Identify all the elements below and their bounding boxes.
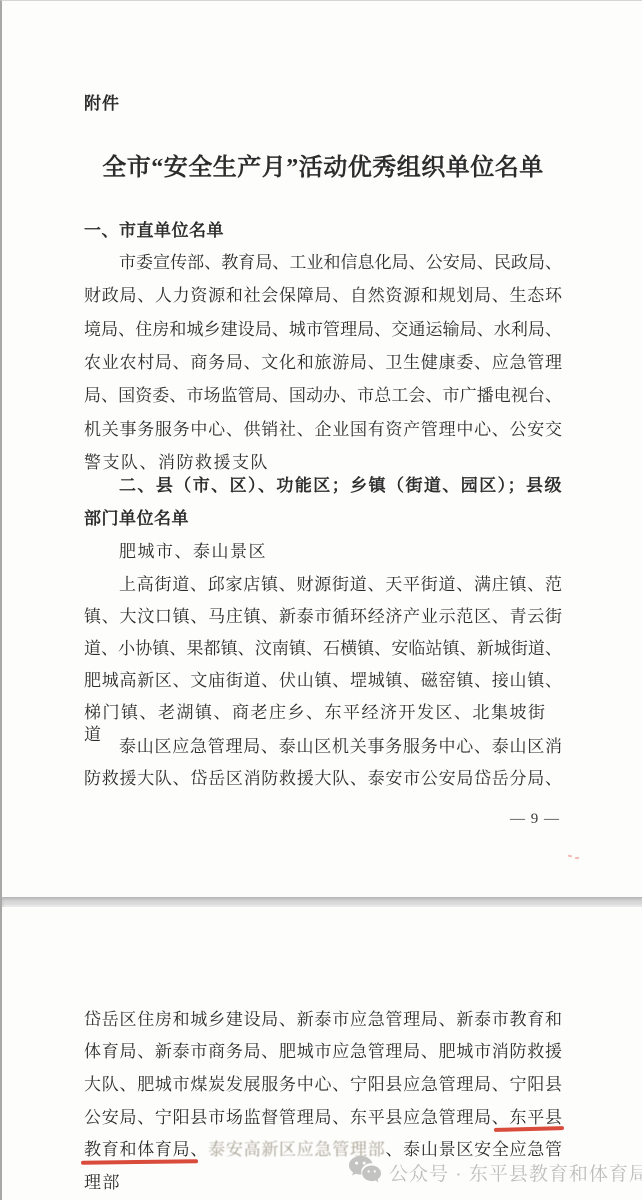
text-line: 局、国资委、市场监管局、国动办、市总工会、市广播电视台、 (84, 385, 562, 407)
wechat-watermark: 公众号 · 东平县教育和体育局 (348, 1155, 642, 1189)
document-scan: 附件 全市“安全生产月”活动优秀组织单位名单 一、市直单位名单 市委宣传部、教育… (0, 0, 642, 1200)
text-line: 肥城高新区、文庙街道、伏山镇、堽城镇、磁窑镇、接山镇、 (84, 670, 562, 692)
wechat-icon (348, 1155, 382, 1189)
text-line: 防救援大队、岱岳区消防救援大队、泰安市公安局岱岳分局、 (84, 768, 562, 790)
text-line: 财政局、人力资源和社会保障局、自然资源和规划局、生态环 (84, 285, 562, 307)
text-line: 境局、住房和城乡建设局、城市管理局、交通运输局、水利局、 (84, 319, 562, 341)
attachment-label: 附件 (84, 89, 120, 114)
text-line: 泰山区应急管理局、泰山区机关事务服务中心、泰山区消 (84, 736, 562, 758)
section1-heading: 一、市直单位名单 (84, 220, 562, 242)
document-page-1: 附件 全市“安全生产月”活动优秀组织单位名单 一、市直单位名单 市委宣传部、教育… (2, 1, 642, 897)
document-title: 全市“安全生产月”活动优秀组织单位名单 (2, 147, 642, 182)
red-ink-smudge (568, 854, 580, 861)
watermark-text: 公众号 · 东平县教育和体育局 (389, 1159, 642, 1186)
red-underlined-text: 教育和体育局 (84, 1140, 190, 1159)
text-segment: 公安局、宁阳县市场监督管理局、东平县应急管理局、 (84, 1108, 510, 1127)
text-line: 警支队、消防救援支队 (84, 452, 562, 474)
text-line: 岱岳区住房和城乡建设局、新泰市应急管理局、新泰市教育和 (84, 1009, 562, 1031)
text-line: 机关事务服务中心、供销社、企业国有资产管理中心、公安交 (84, 419, 562, 441)
text-line: 镇、大汶口镇、马庄镇、新泰市循环经济产业示范区、青云街 (84, 606, 562, 628)
text-line: 市委宣传部、教育局、工业和信息化局、公安局、民政局、 (84, 252, 562, 274)
text-line: 体育局、新泰市商务局、肥城市应急管理局、肥城市消防救援 (84, 1041, 562, 1063)
section2-heading-line1: 二、县（市、区）、功能区；乡镇（街道、园区）；县级 (84, 475, 562, 497)
text-segment: 、 (190, 1140, 208, 1159)
section2-heading-line2: 部门单位名单 (84, 508, 562, 530)
page-number: — 9 — (500, 811, 570, 828)
red-underlined-text: 东平县 (510, 1108, 562, 1127)
document-page-2: 岱岳区住房和城乡建设局、新泰市应急管理局、新泰市教育和 体育局、新泰市商务局、肥… (2, 907, 642, 1200)
text-line: 上高街道、邱家店镇、财源街道、天平街道、满庄镇、范 (84, 574, 562, 596)
text-line: 肥城市、泰山景区 (84, 541, 562, 563)
text-line: 公安局、宁阳县市场监督管理局、东平县应急管理局、东平县 (84, 1107, 562, 1129)
text-line: 大队、肥城市煤炭发展服务中心、宁阳县应急管理局、宁阳县 (84, 1074, 562, 1096)
text-line: 农业农村局、商务局、文化和旅游局、卫生健康委、应急管理 (84, 352, 562, 374)
page-gap-divider (2, 897, 642, 907)
text-line: 道、小协镇、果都镇、汶南镇、石横镇、安临站镇、新城街道、 (84, 638, 562, 660)
